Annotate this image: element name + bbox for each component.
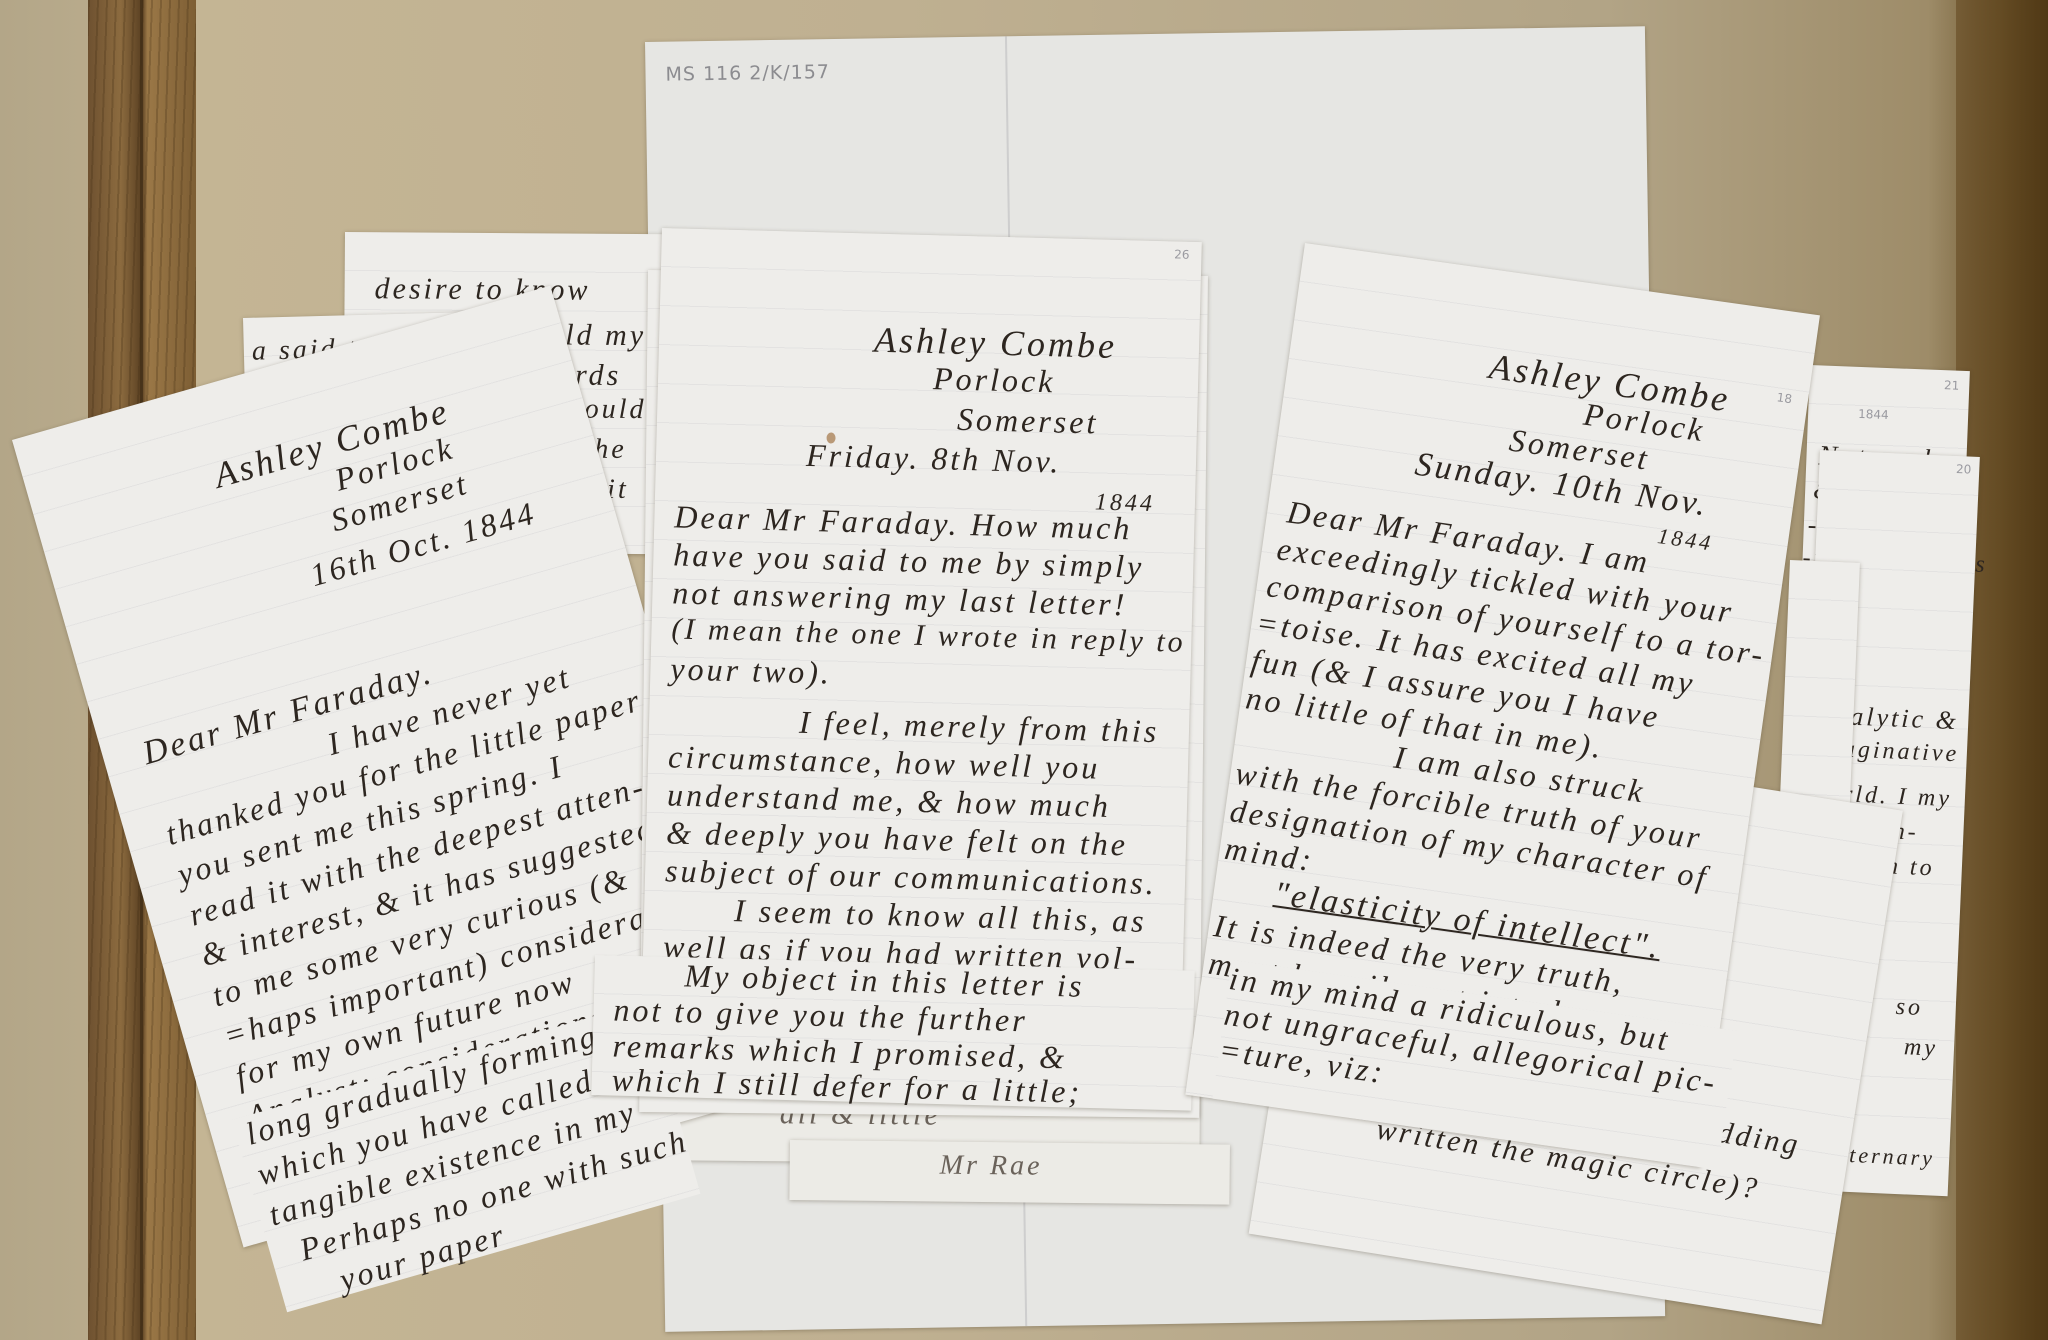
letter-date: Friday. 8th Nov. <box>806 437 1062 481</box>
fragment-line: my <box>1903 1034 1938 1062</box>
fragment-line: ternary <box>1849 1142 1936 1172</box>
folder-reference-label: MS 116 2/K/157 <box>665 61 830 86</box>
letter-8-nov-1844-lower: My object in this letter is not to give … <box>591 955 1194 1111</box>
letter-address-line: Somerset <box>957 401 1099 442</box>
letter-address-line: Porlock <box>933 360 1056 400</box>
underlay-sheet-2: Mr Rae <box>789 1140 1230 1205</box>
fragment-line: desire to know <box>374 272 590 308</box>
page-number: 26 <box>1174 247 1190 261</box>
fragment-line: so <box>1895 994 1923 1022</box>
page-number: 21 <box>1944 378 1960 393</box>
letter-year: 1844 <box>1656 523 1715 557</box>
page-number: 18 <box>1776 390 1793 406</box>
page-number: 20 <box>1956 462 1972 477</box>
letter-line: your two). <box>670 650 832 691</box>
letter-address-line: Ashley Combe <box>874 319 1118 367</box>
underlay-text: Mr Rae <box>940 1150 1043 1183</box>
page-number: 1844 <box>1858 407 1889 422</box>
